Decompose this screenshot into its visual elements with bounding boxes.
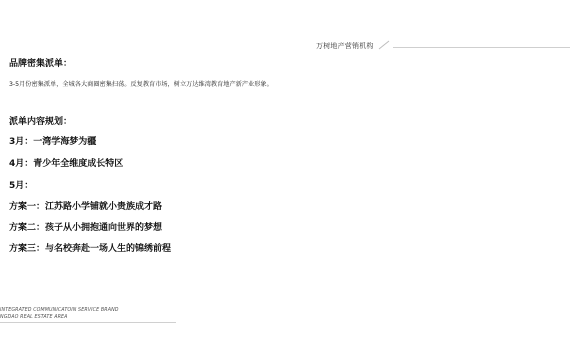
intro-paragraph: 3-5月份密集派单，全城各大商圈密集扫荡。反复教育市场，树立万达维湾教育地产新产… — [9, 79, 273, 88]
footer-area-line: NGDAO REAL ESTATE AREA — [0, 315, 68, 320]
plan-item-may: 5月： — [9, 178, 33, 191]
plan-heading: 派单内容规划： — [9, 114, 72, 127]
slash-divider-icon — [378, 40, 390, 50]
plan-option-1: 方案一：江苏路小学铺就小贵族成才路 — [9, 199, 162, 212]
plan-option-2: 方案二：孩子从小拥抱通向世界的梦想 — [9, 220, 162, 233]
plan-option-3: 方案三：与名校奔赴一场人生的锦绣前程 — [9, 241, 171, 254]
plan-item-april: 4月：青少年全维度成长特区 — [9, 156, 123, 169]
section-title: 品牌密集派单： — [9, 56, 72, 69]
header-brand: 万树地产营销机构 — [316, 41, 374, 51]
header-divider — [393, 47, 570, 48]
footer-divider — [0, 322, 176, 323]
footer-brand-line: INTEGRATED COMMUNICATOIN SERVICE BRAND — [0, 308, 119, 313]
plan-item-march: 3月：一湾学海梦为疆 — [9, 134, 96, 147]
